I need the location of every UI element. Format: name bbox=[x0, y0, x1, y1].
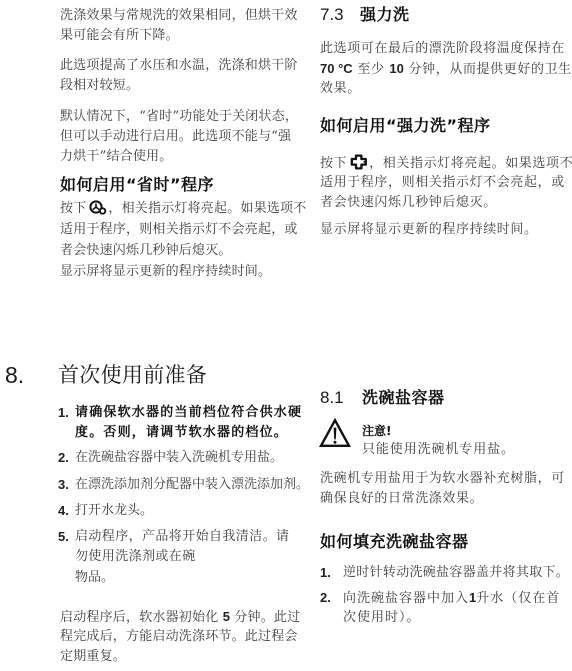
paragraph-line: 定期重复。 bbox=[60, 648, 126, 666]
step-number: 1. bbox=[320, 564, 331, 582]
section-number: 8. bbox=[5, 362, 24, 388]
section-title: 首次使用前准备 bbox=[58, 362, 207, 388]
paragraph-line: 默认情况下，“省时”功能处于关闭状态， bbox=[60, 108, 298, 126]
step-text: 物品。 bbox=[75, 569, 114, 587]
howto-line: 按下 ，相关指示灯将亮起。如果选项不 bbox=[320, 154, 572, 173]
paragraph-line: 此选项可在最后的漂洗阶段将温度保持在 bbox=[320, 40, 565, 58]
warning-title: 注意! bbox=[362, 422, 391, 440]
howto-line: 按下 ，相关指示灯将亮起。如果选项不 bbox=[60, 200, 306, 218]
paragraph-line: 力烘干”结合使用。 bbox=[60, 148, 172, 166]
paragraph-line: 段相对较短。 bbox=[60, 77, 139, 95]
step-text: 逆时针转动洗碗盐容器盖并将其取下。 bbox=[343, 564, 569, 582]
howto-line: 显示屏将显示更新的程序持续时间。 bbox=[60, 263, 271, 281]
minutes-value: 5 bbox=[223, 609, 230, 624]
paragraph-line: 启动程序后，软水器初始化 5 分钟。此过 bbox=[60, 608, 300, 627]
paragraph-text: 分钟，从而提供更好的卫生 bbox=[404, 62, 572, 77]
howto-text: ，相关指示灯将亮起。如果选项不 bbox=[108, 201, 306, 216]
paragraph-line: 70 °C 至少 10 分钟，从而提供更好的卫生 bbox=[320, 60, 572, 79]
howto-heading: 如何启用“省时”程序 bbox=[60, 174, 214, 196]
manual-page: 洗涤效果与常规洗的效果相同，但烘干效 果可能会有所下降。 此选项提高了水压和水温… bbox=[0, 0, 572, 671]
section-title: 洗碗盐容器 bbox=[362, 387, 445, 409]
step-text: 在洗碗盐容器中装入洗碗机专用盐。 bbox=[75, 449, 283, 467]
howto-line: 者会快速闪烁几秒钟后熄灭。 bbox=[320, 194, 497, 212]
howto-heading: 如何填充洗碗盐容器 bbox=[320, 531, 469, 553]
step-number: 1. bbox=[58, 404, 69, 422]
howto-heading: 如何启用“强力洗”程序 bbox=[320, 115, 491, 137]
warning-text: 只能使用洗碗机专用盐。 bbox=[362, 441, 515, 459]
step-number: 5. bbox=[58, 528, 69, 546]
paragraph-line: 效果。 bbox=[320, 80, 361, 98]
step-text: 勿使用洗涤剂或在碗 bbox=[75, 548, 196, 566]
paragraph-text: 分钟。此过 bbox=[230, 610, 300, 625]
howto-text: 按下 bbox=[320, 156, 347, 171]
display-note: 显示屏将显示更新的程序持续时间。 bbox=[320, 221, 538, 239]
time-save-icon bbox=[89, 200, 107, 215]
step-text-part: 升水（仅在首 bbox=[476, 591, 560, 606]
paragraph-line: 果可能会有所下降。 bbox=[60, 27, 179, 45]
minutes-value: 10 bbox=[389, 61, 403, 76]
temperature-value: 70 °C bbox=[320, 61, 353, 76]
paragraph-line: 此选项提高了水压和水温，洗涤和烘干阶 bbox=[60, 57, 298, 75]
step-text: 请确保软水器的当前档位符合供水硬 bbox=[75, 404, 302, 422]
section-number: 8.1 bbox=[320, 387, 344, 409]
paragraph-text: 启动程序后，软水器初始化 bbox=[60, 610, 223, 625]
howto-text: ，相关指示灯将亮起。如果选项不 bbox=[369, 156, 572, 171]
step-number: 3. bbox=[58, 476, 69, 494]
paragraph-line: 洗涤效果与常规洗的效果相同，但烘干效 bbox=[60, 7, 298, 25]
paragraph-line: 确保良好的日常洗涤效果。 bbox=[320, 490, 483, 508]
howto-line: 者会快速闪烁几秒钟后熄灭。 bbox=[60, 242, 232, 260]
step-text: 启动程序，产品将开始自我清洁。请 bbox=[75, 528, 289, 546]
section-number: 7.3 bbox=[320, 4, 344, 26]
howto-line: 适用于程序，则相关指示灯不会亮起，或 bbox=[60, 221, 298, 239]
step-text: 在漂洗添加剂分配器中装入漂洗添加剂。 bbox=[75, 476, 309, 494]
step-text: 度。否则，请调节软水器的档位。 bbox=[75, 424, 288, 442]
step-text: 次使用时）。 bbox=[343, 609, 421, 627]
step-number: 4. bbox=[58, 502, 69, 520]
step-text: 向洗碗盐容器中加入1升水（仅在首 bbox=[343, 589, 560, 608]
step-number: 2. bbox=[320, 589, 331, 607]
step-text: 打开水龙头。 bbox=[75, 502, 153, 520]
howto-line: 适用于程序，则相关指示灯不会亮起，或 bbox=[320, 174, 565, 192]
step-text-part: 向洗碗盐容器中加入 bbox=[343, 591, 469, 606]
section-title: 强力洗 bbox=[360, 4, 410, 26]
paragraph-line: 但可以手动进行启用。此选项不能与“强 bbox=[60, 128, 291, 146]
paragraph-line: 程完成后，方能启动洗涤环节。此过程会 bbox=[60, 628, 298, 646]
paragraph-line: 洗碗机专用盐用于为软水器补充树脂，可 bbox=[320, 470, 565, 488]
howto-text: 按下 bbox=[60, 201, 86, 216]
intensive-wash-icon bbox=[350, 154, 368, 170]
step-number: 2. bbox=[58, 449, 69, 467]
paragraph-text: 至少 bbox=[353, 62, 390, 77]
warning-triangle-icon bbox=[319, 418, 351, 448]
